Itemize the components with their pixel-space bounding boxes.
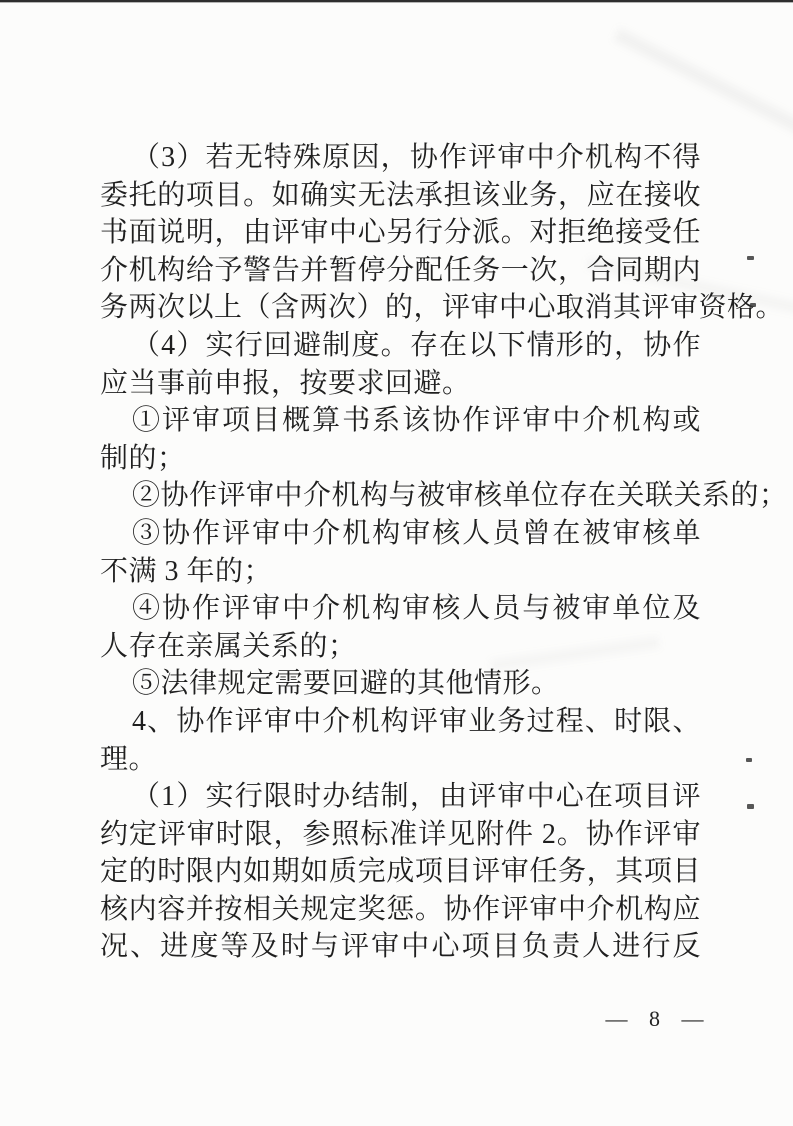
- text-line: 人存在亲属关系的；: [100, 628, 701, 666]
- text-line: 书面说明，由评审中心另行分派。对拒绝接受任务的协作评审中: [100, 214, 701, 252]
- text-line: 不满 3 年的；: [100, 553, 701, 591]
- text-line: 定的时限内如期如质完成项目评审任务，其项目评审时效纳入考: [100, 853, 701, 891]
- scan-top-edge: [0, 0, 793, 2]
- text-line: 况、进度等及时与评审中心项目负责人进行反馈、沟通，如不能: [100, 928, 701, 966]
- scan-mark: [750, 303, 756, 307]
- text-line: （4）实行回避制度。存在以下情形的，协作评审中介机构: [100, 327, 701, 365]
- document-body: （3）若无特殊原因，协作评审中介机构不得拒绝评审中心委托的项目。如确实无法承担该…: [100, 139, 701, 966]
- text-line: 制的；: [100, 440, 701, 478]
- text-line: 核内容并按相关规定奖惩。协作评审中介机构应就项目评审情: [100, 891, 701, 929]
- text-line: （1）实行限时办结制，由评审中心在项目评审委托时具体: [100, 778, 701, 816]
- text-line: ①评审项目概算书系该协作评审中介机构或其工作人员编: [100, 402, 701, 440]
- text-line: ②协作评审中介机构与被审核单位存在关联关系的；: [100, 477, 701, 515]
- text-line: 理。: [100, 741, 701, 779]
- text-line: 4、协作评审中介机构评审业务过程、时限、进度、成果管: [100, 703, 701, 741]
- scan-mark: [746, 758, 752, 762]
- text-line: （3）若无特殊原因，协作评审中介机构不得拒绝评审中心: [100, 139, 701, 177]
- text-line: ⑤法律规定需要回避的其他情形。: [100, 665, 701, 703]
- scan-mark: [747, 804, 754, 809]
- text-line: 约定评审时限，参照标准详见附件 2。协作评审中介机构应在规: [100, 816, 701, 854]
- text-line: 应当事前申报，按要求回避。: [100, 365, 701, 403]
- page-number: — 8 —: [592, 1004, 722, 1034]
- document-page: （3）若无特殊原因，协作评审中介机构不得拒绝评审中心委托的项目。如确实无法承担该…: [0, 0, 793, 1126]
- text-line: 务两次以上（含两次）的，评审中心取消其评审资格。: [100, 289, 701, 327]
- text-line: 委托的项目。如确实无法承担该业务，应在接收项目资料前提交: [100, 177, 701, 215]
- scan-mark: [747, 256, 754, 260]
- text-line: ④协作评审中介机构审核人员与被审单位及项目主要负责: [100, 590, 701, 628]
- text-line: 介机构给予警告并暂停分配任务一次，合同期内拒绝接受分配任: [100, 252, 701, 290]
- text-line: ③协作评审中介机构审核人员曾在被审核单位工作，离开后: [100, 515, 701, 553]
